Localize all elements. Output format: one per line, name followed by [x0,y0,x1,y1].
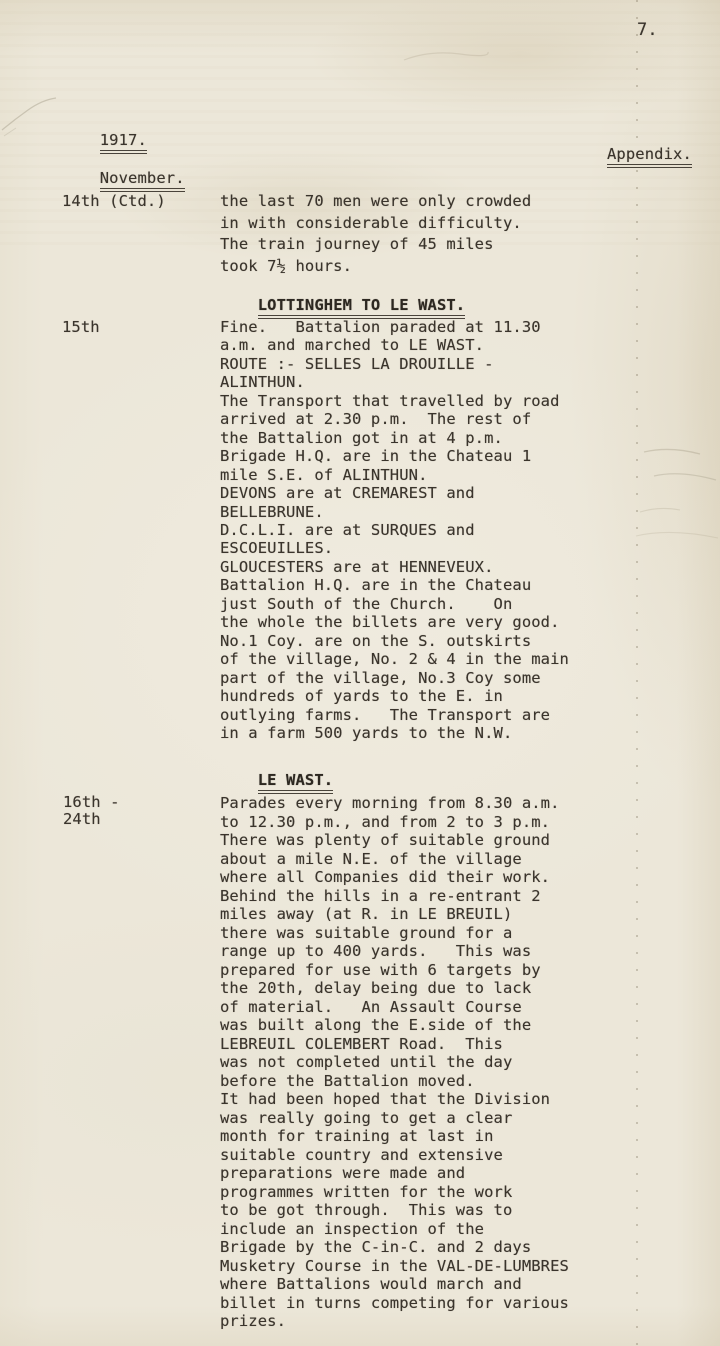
section-heading-lottinghem: LOTTINGHEM TO LE WAST. [258,296,466,319]
appendix-label: Appendix. [607,145,692,168]
pencil-mark-top-center [400,40,490,70]
entry-body-15th: Fine. Battalion paraded at 11.30 a.m. an… [220,318,650,742]
section-heading-le-wast: LE WAST. [258,771,333,794]
entry-body-14th: the last 70 men were only crowded in wit… [220,191,640,278]
pencil-mark-top-left [0,92,60,142]
diary-page: 7. 1917. Appendix. November. 14th (Ctd.)… [0,0,720,1346]
entry-date-16th-24th: 16th - 24th [63,794,120,828]
month-heading: November. [100,169,185,192]
entry-body-16th-24th: Parades every morning from 8.30 a.m. to … [220,794,650,1331]
page-number: 7. [637,20,658,40]
entry-date-14th: 14th (Ctd.) [62,191,166,213]
entry-date-15th: 15th [62,318,100,336]
appendix-label-wrap: Appendix. [607,109,720,186]
